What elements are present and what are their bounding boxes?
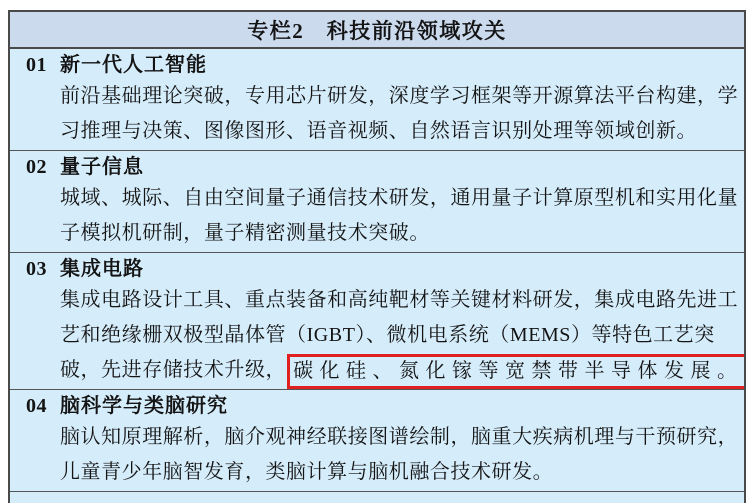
row-description-line: 集成电路设计工具、重点装备和高纯靶材等关键材料研发，集成电路先进工 bbox=[60, 283, 740, 318]
row-number: 01 bbox=[26, 51, 60, 79]
row-title-line: 03 集成电路 bbox=[26, 255, 740, 283]
row-title: 新一代人工智能 bbox=[60, 51, 207, 79]
row-description-line: 习推理与决策、图像图形、语音视频、自然语言识别处理等领域创新。 bbox=[60, 114, 740, 149]
row-title: 脑科学与类脑研究 bbox=[60, 392, 228, 420]
row-description-line: 城域、城际、自由空间量子通信技术研发，通用量子计算原型机和实用化量 bbox=[60, 181, 740, 216]
row-description-line: 子模拟机研制，量子精密测量技术突破。 bbox=[60, 216, 740, 251]
row-description-line: 儿童青少年脑智发育，类脑计算与脑机融合技术研发。 bbox=[60, 455, 740, 490]
row-description-line: 脑认知原理解析，脑介观神经联接图谱绘制，脑重大疾病机理与干预研究， bbox=[60, 420, 740, 455]
table-title: 专栏2 科技前沿领域攻关 bbox=[247, 15, 507, 45]
table-row-02: 02 量子信息 城域、城际、自由空间量子通信技术研发，通用量子计算原型机和实用化… bbox=[10, 151, 744, 253]
row-number: 04 bbox=[26, 392, 60, 420]
document-page: 专栏2 科技前沿领域攻关 01 新一代人工智能 前沿基础理论突破，专用芯片研发，… bbox=[0, 0, 755, 503]
special-column-table: 专栏2 科技前沿领域攻关 01 新一代人工智能 前沿基础理论突破，专用芯片研发，… bbox=[8, 10, 746, 503]
row-description-line: 艺和绝缘栅双极型晶体管（IGBT）、微机电系统（MEMS）等特色工艺突 bbox=[60, 318, 740, 353]
table-row-03: 03 集成电路 集成电路设计工具、重点装备和高纯靶材等关键材料研发，集成电路先进… bbox=[10, 253, 744, 390]
table-header: 专栏2 科技前沿领域攻关 bbox=[10, 12, 744, 49]
highlight-prefix-text: 破，先进存储技术升级， bbox=[60, 359, 286, 381]
row-description-line: 破，先进存储技术升级，碳化硅、氮化镓等宽禁带半导体发展。 bbox=[60, 353, 740, 389]
row-title-line: 04 脑科学与类脑研究 bbox=[26, 392, 740, 420]
row-title-line: 01 新一代人工智能 bbox=[26, 51, 740, 79]
table-row-04: 04 脑科学与类脑研究 脑认知原理解析，脑介观神经联接图谱绘制，脑重大疾病机理与… bbox=[10, 390, 744, 492]
red-annotation-box: 碳化硅、氮化镓等宽禁带半导体发展。 bbox=[287, 354, 744, 389]
next-row-partial bbox=[10, 492, 744, 503]
row-title: 量子信息 bbox=[60, 153, 144, 181]
row-description-line: 前沿基础理论突破，专用芯片研发，深度学习框架等开源算法平台构建，学 bbox=[60, 79, 740, 114]
row-title: 集成电路 bbox=[60, 255, 144, 283]
row-number: 03 bbox=[26, 255, 60, 283]
row-number: 02 bbox=[26, 153, 60, 181]
row-title-line: 02 量子信息 bbox=[26, 153, 740, 181]
table-row-01: 01 新一代人工智能 前沿基础理论突破，专用芯片研发，深度学习框架等开源算法平台… bbox=[10, 49, 744, 151]
